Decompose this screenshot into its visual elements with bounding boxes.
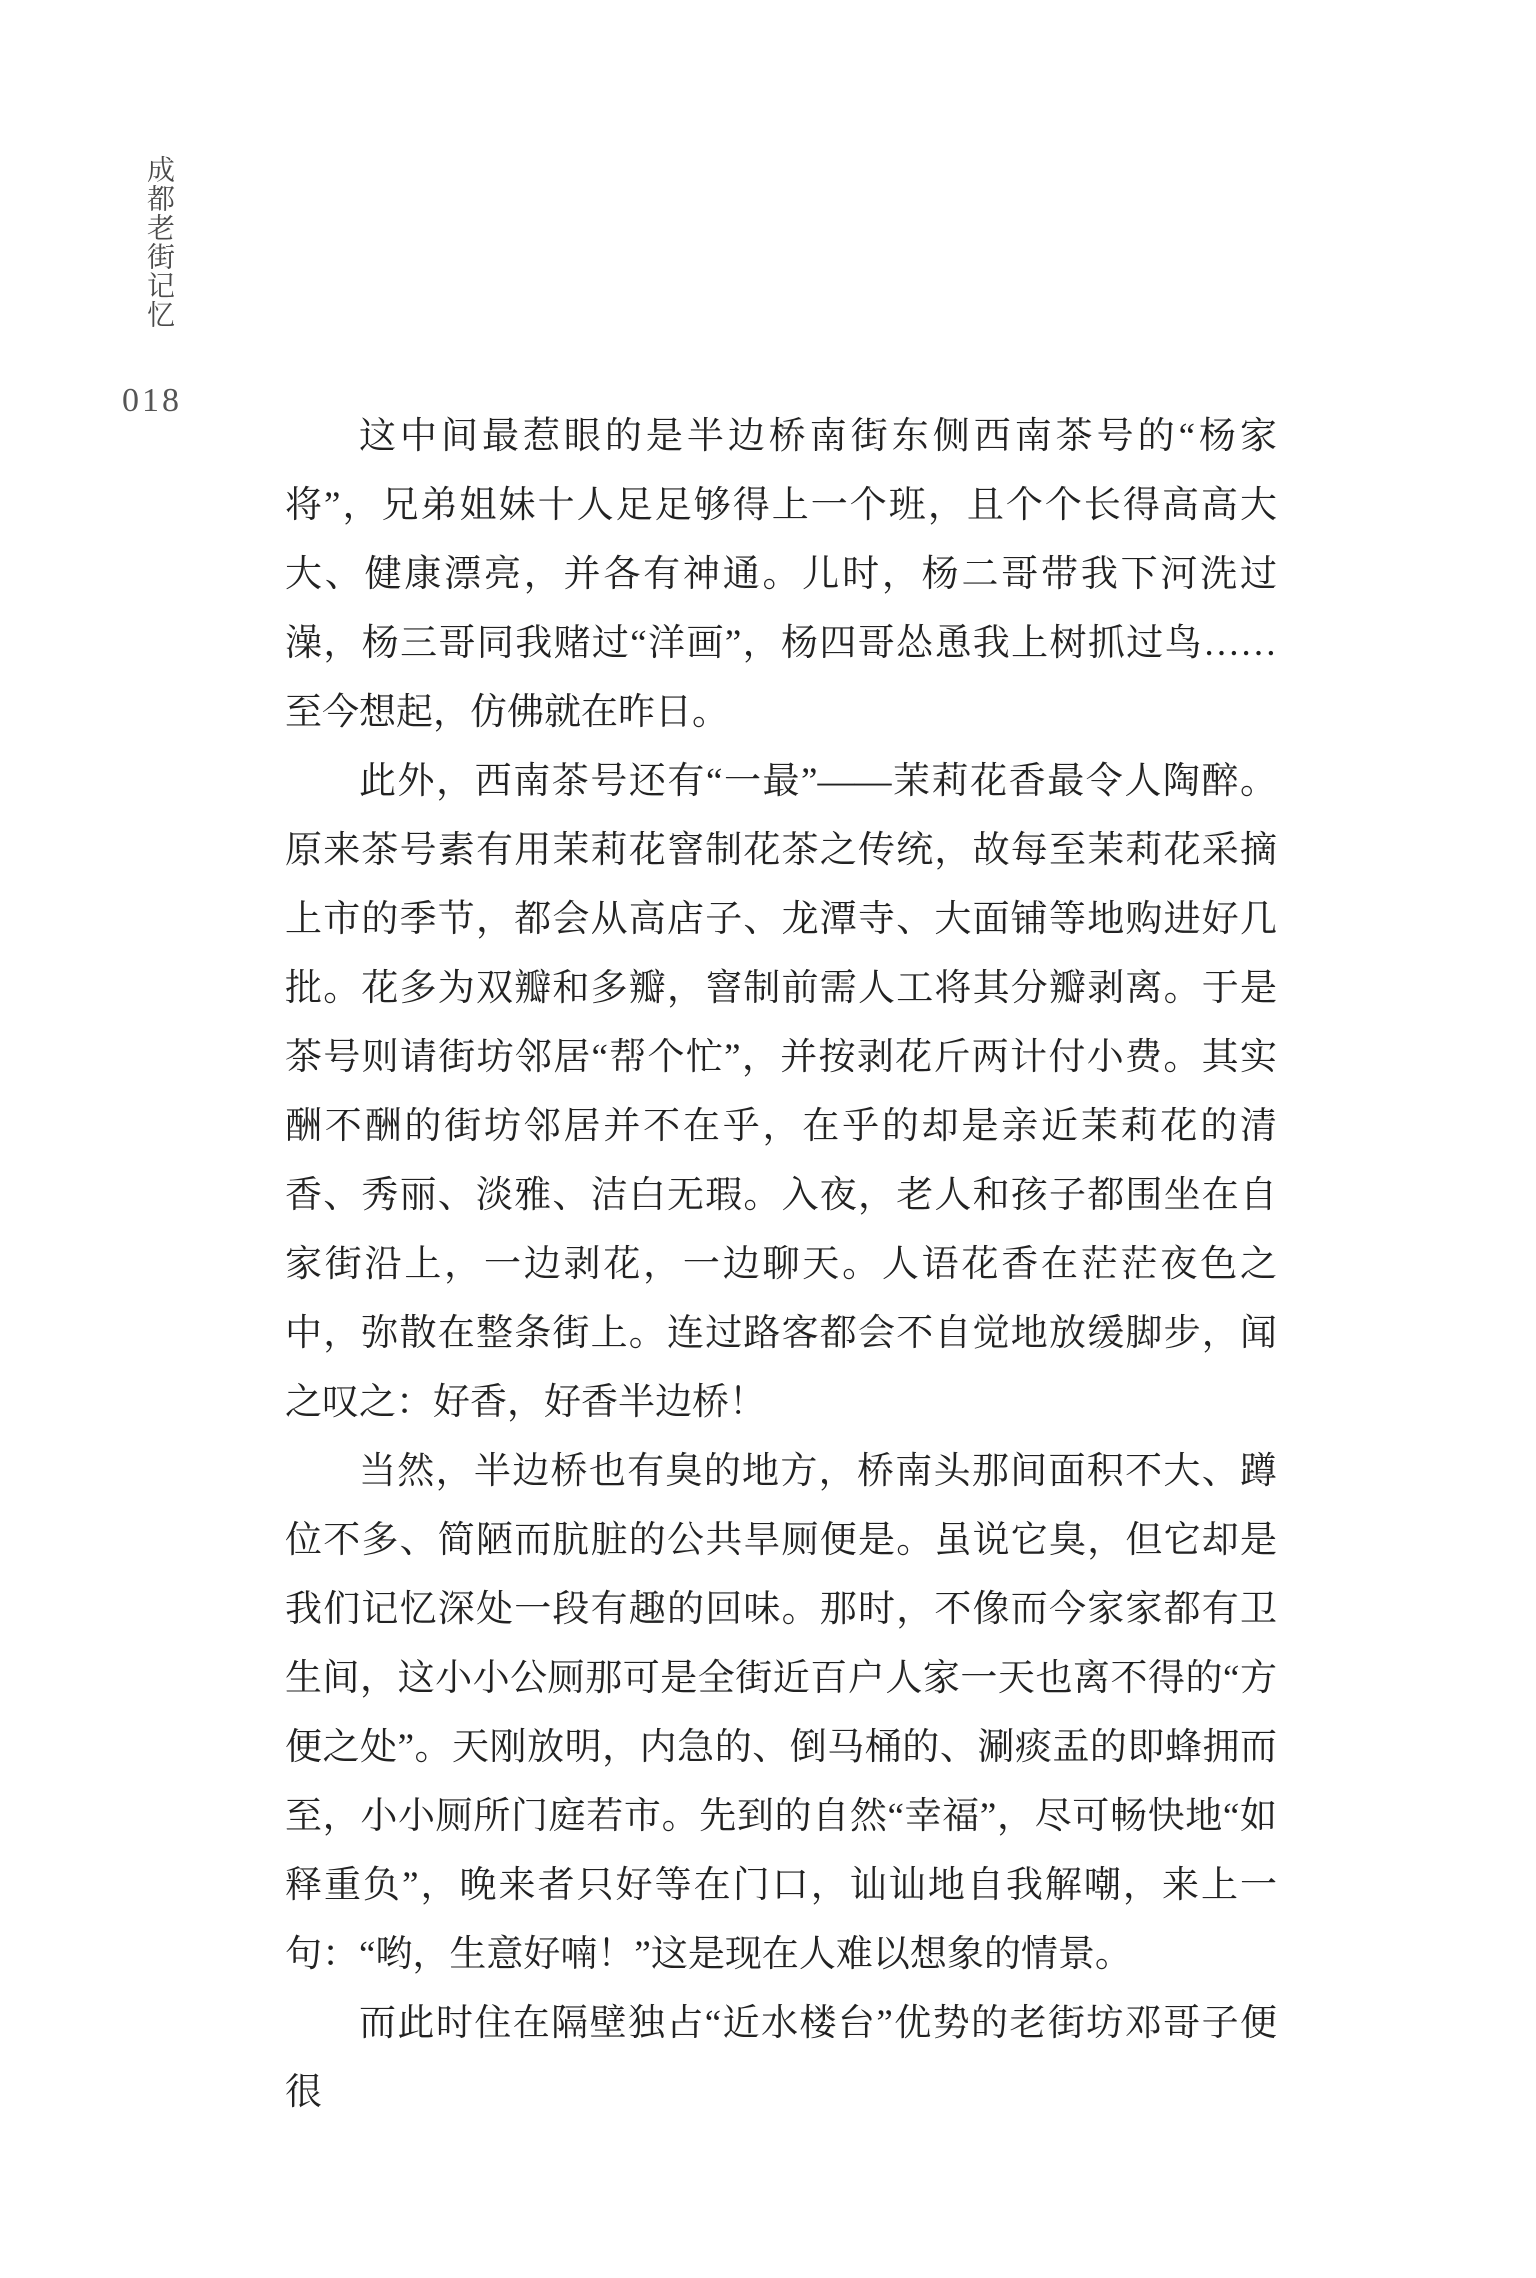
paragraph: 当然，半边桥也有臭的地方，桥南头那间面积不大、蹲位不多、简陋而肮脏的公共旱厕便是… <box>285 1437 1277 1989</box>
page-number: 018 <box>122 382 182 420</box>
paragraph: 而此时住在隔壁独占“近水楼台”优势的老街坊邓哥子便很 <box>285 1989 1277 2127</box>
paragraph: 这中间最惹眼的是半边桥南街东侧西南茶号的“杨家将”，兄弟姐妹十人足足够得上一个班… <box>285 402 1277 747</box>
book-page: 成都老街记忆 018 这中间最惹眼的是半边桥南街东侧西南茶号的“杨家将”，兄弟姐… <box>0 0 1536 2278</box>
margin-book-title: 成都老街记忆 <box>138 155 178 329</box>
paragraph: 此外，西南茶号还有“一最”——茉莉花香最令人陶醉。原来茶号素有用茉莉花窨制花茶之… <box>285 747 1277 1437</box>
page-body: 这中间最惹眼的是半边桥南街东侧西南茶号的“杨家将”，兄弟姐妹十人足足够得上一个班… <box>285 402 1277 2127</box>
